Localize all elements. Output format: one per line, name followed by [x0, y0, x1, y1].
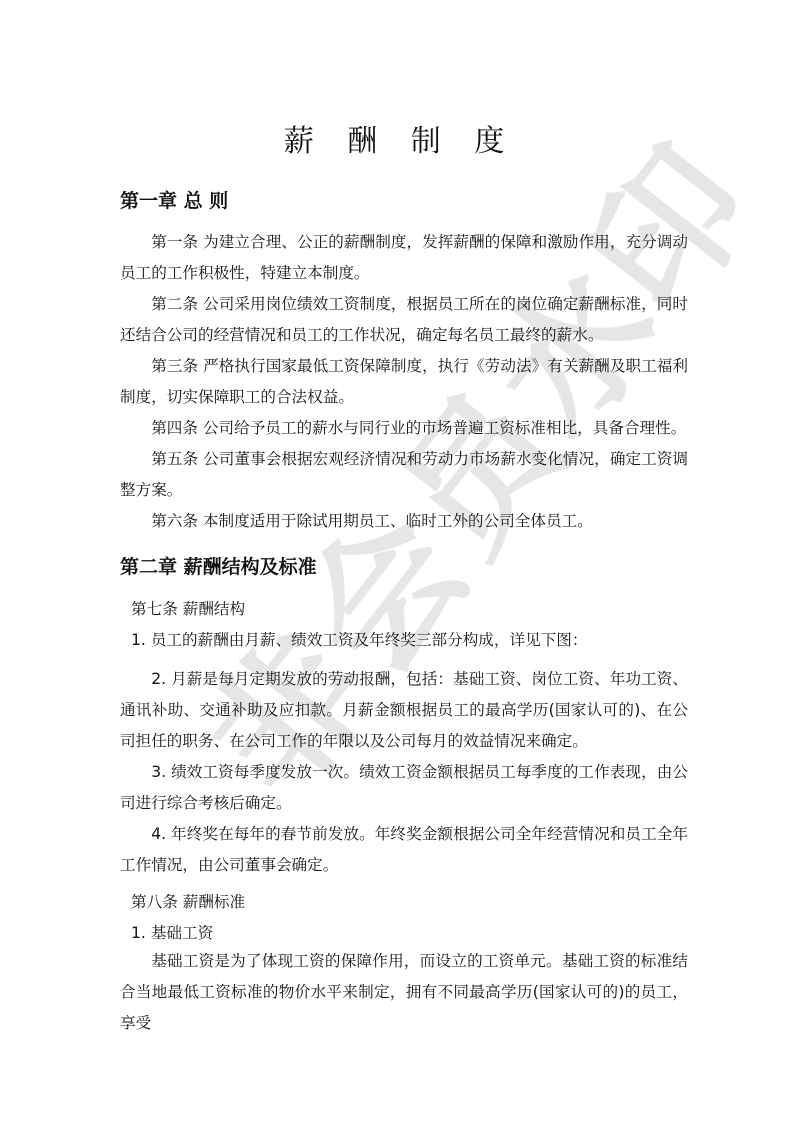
- article-4: 第四条 公司给予员工的薪水与同行业的市场普遍工资标准相比，具备合理性。: [120, 413, 688, 444]
- document-page: 非会员水印 薪 酬 制 度 第一章 总 则 第一条 为建立合理、公正的薪酬制度，…: [0, 0, 800, 1131]
- article-2: 第二条 公司采用岗位绩效工资制度，根据员工所在的岗位确定薪酬标准，同时还结合公司…: [120, 289, 688, 351]
- article-7-item-2: 2. 月薪是每月定期发放的劳动报酬，包括：基础工资、岗位工资、年功工资、通讯补助…: [120, 664, 688, 757]
- chapter-1-heading: 第一章 总 则: [120, 186, 228, 213]
- article-8-subheading: 1. 基础工资: [131, 921, 213, 943]
- article-7-item-3: 3. 绩效工资每季度发放一次。绩效工资金额根据员工每季度的工作表现，由公司进行综…: [120, 757, 688, 819]
- chapter-2-heading: 第二章 薪酬结构及标准: [120, 552, 317, 579]
- document-title: 薪 酬 制 度: [0, 116, 800, 160]
- article-7-title: 第七条 薪酬结构: [131, 597, 245, 619]
- article-8-text: 基础工资是为了体现工资的保障作用，而设立的工资单元。基础工资的标准结合当地最低工…: [120, 946, 688, 1039]
- article-5: 第五条 公司董事会根据宏观经济情况和劳动力市场薪水变化情况，确定工资调整方案。: [120, 444, 688, 506]
- article-8-title: 第八条 薪酬标准: [131, 890, 245, 912]
- article-6: 第六条 本制度适用于除试用期员工、临时工外的公司全体员工。: [120, 506, 688, 537]
- article-7-item-1: 1. 员工的薪酬由月薪、绩效工资及年终奖三部分构成，详见下图：: [131, 628, 587, 650]
- article-1: 第一条 为建立合理、公正的薪酬制度，发挥薪酬的保障和激励作用，充分调动员工的工作…: [120, 227, 688, 289]
- article-7-item-4: 4. 年终奖在每年的春节前发放。年终奖金额根据公司全年经营情况和员工全年工作情况…: [120, 819, 688, 881]
- article-3: 第三条 严格执行国家最低工资保障制度，执行《劳动法》有关薪酬及职工福利制度，切实…: [120, 351, 688, 413]
